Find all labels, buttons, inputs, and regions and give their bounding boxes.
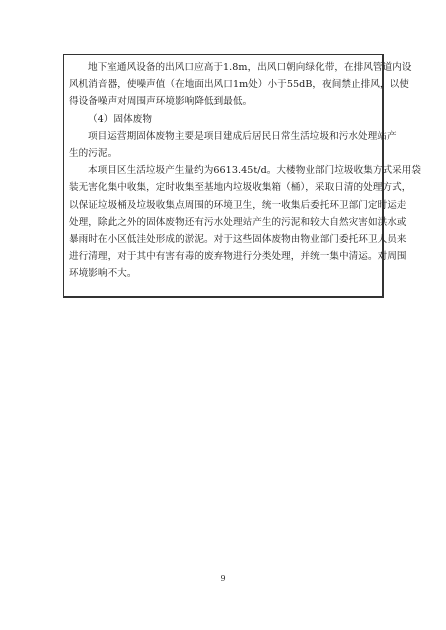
paragraph-line: 本项目区生活垃圾产生量约为6613.45t/d。大楼物业部门垃圾收集方式采用袋: [69, 162, 378, 179]
section-heading: （4）固体废物: [69, 111, 378, 128]
paragraph-line: 风机消音器，使噪声值（在地面出风口1m处）小于55dB，夜间禁止排风，以使: [69, 76, 378, 93]
paragraph-line: 以保证垃圾桶及垃圾收集点周围的环境卫生，统一收集后委托环卫部门定时运走: [69, 197, 378, 214]
text-frame: 地下室通风设备的出风口应高于1.8m，出风口朝向绿化带，在排风管道内设 风机消音…: [63, 54, 384, 298]
page-number: 9: [0, 574, 446, 583]
paragraph-line: 装无害化集中收集，定时收集至基地内垃圾收集箱（桶），采取日清的处理方式，: [69, 179, 378, 196]
paragraph-line: 项目运营期固体废物主要是项目建成后居民日常生活垃圾和污水处理站产: [69, 128, 378, 145]
paragraph-line: 得设备噪声对周围声环境影响降低到最低。: [69, 93, 378, 110]
paragraph-line: 地下室通风设备的出风口应高于1.8m，出风口朝向绿化带，在排风管道内设: [69, 59, 378, 76]
paragraph-line: 环境影响不大。: [69, 265, 378, 282]
paragraph-line: 进行清理，对于其中有害有毒的废弃物进行分类处理，并统一集中清运。对周围: [69, 248, 378, 265]
paragraph-line: 生的污泥。: [69, 145, 378, 162]
paragraph-line: 处理，除此之外的固体废物还有污水处理站产生的污泥和较大自然灾害如洪水或: [69, 214, 378, 231]
paragraph-line: 暴雨时在小区低洼处形成的淤泥。对于这些固体废物由物业部门委托环卫人员来: [69, 231, 378, 248]
